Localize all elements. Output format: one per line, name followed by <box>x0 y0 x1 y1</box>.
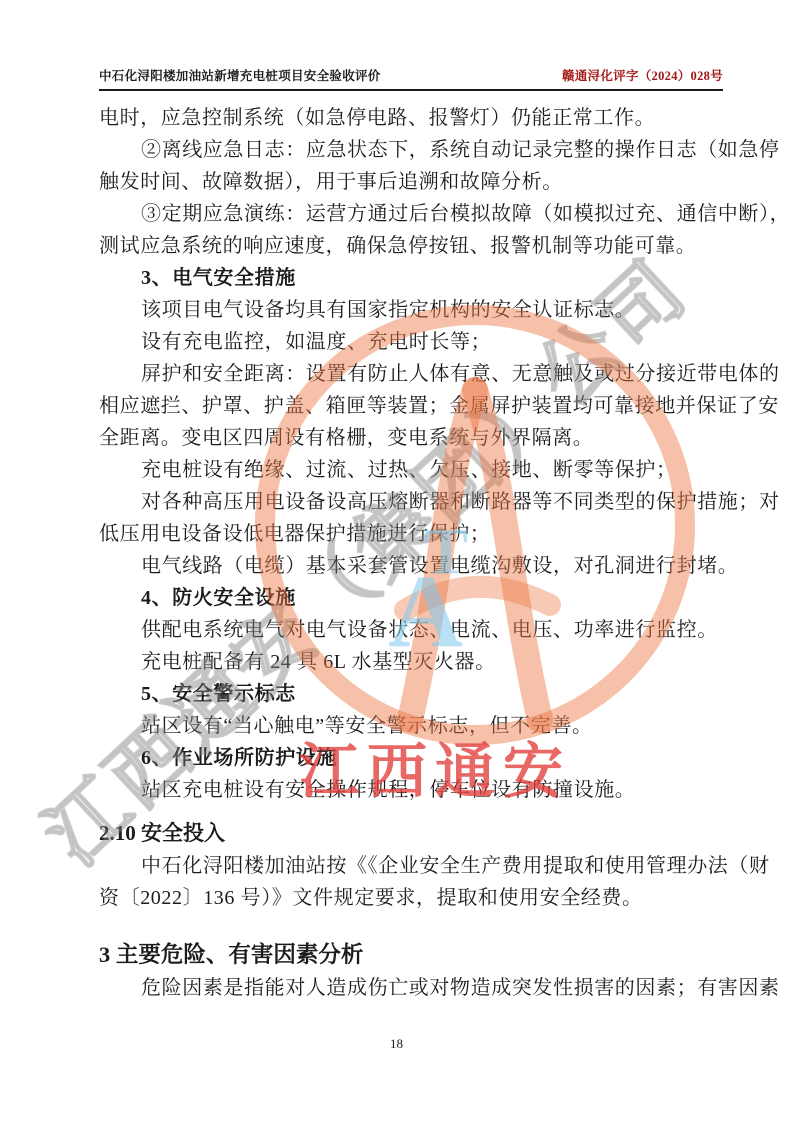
body-line: 中石化浔阳楼加油站按《《企业安全生产费用提取和使用管理办法（财 <box>99 850 723 882</box>
body-line: 站区充电桩设有安全操作规程，停车位设有防撞设施。 <box>99 774 723 806</box>
body-line: 充电桩设有绝缘、过流、过热、欠压、接地、断零等保护； <box>99 454 723 486</box>
header-left-title: 中石化浔阳楼加油站新增充电桩项目安全验收评价 <box>99 66 381 84</box>
page-content: 中石化浔阳楼加油站新增充电桩项目安全验收评价 赣通浔化评字（2024）028号 … <box>99 66 723 1004</box>
body-line: 危险因素是指能对人造成伤亡或对物造成突发性损害的因素；有害因素 <box>99 972 723 1004</box>
body-line: 低压用电设备设低电器保护措施进行保护； <box>99 518 723 550</box>
body-line: 对各种高压用电设备设高压熔断器和断路器等不同类型的保护措施；对 <box>99 486 723 518</box>
body-line: 资〔2022〕136 号）》文件规定要求，提取和使用安全经费。 <box>99 882 723 914</box>
body-line: 设有充电监控，如温度、充电时长等； <box>99 326 723 358</box>
body-line: 充电桩配备有 24 具 6L 水基型灭火器。 <box>99 646 723 678</box>
subsection-heading: 3、电气安全措施 <box>99 262 723 294</box>
subsection-heading: 4、防火安全设施 <box>99 582 723 614</box>
body-line: 相应遮拦、护罩、护盖、箱匣等装置；金属屏护装置均可靠接地并保证了安 <box>99 390 723 422</box>
body-line: 全距离。变电区四周设有格栅，变电系统与外界隔离。 <box>99 422 723 454</box>
body-text: 电时，应急控制系统（如急停电路、报警灯）仍能正常工作。 ②离线应急日志：应急状态… <box>99 102 723 1004</box>
body-line: ②离线应急日志：应急状态下，系统自动记录完整的操作日志（如急停 <box>99 134 723 166</box>
header-doc-number: 赣通浔化评字（2024）028号 <box>562 66 723 84</box>
subsection-heading: 6、作业场所防护设施 <box>99 742 723 774</box>
body-line: 触发时间、故障数据），用于事后追溯和故障分析。 <box>99 166 723 198</box>
body-line: ③定期应急演练：运营方通过后台模拟故障（如模拟过充、通信中断）， <box>99 198 723 230</box>
body-line: 屏护和安全距离：设置有防止人体有意、无意触及或过分接近带电体的 <box>99 358 723 390</box>
subsection-heading: 5、安全警示标志 <box>99 678 723 710</box>
page-header: 中石化浔阳楼加油站新增充电桩项目安全验收评价 赣通浔化评字（2024）028号 <box>99 66 723 91</box>
section-3-heading: 3 主要危险、有害因素分析 <box>99 938 723 972</box>
body-line: 电气线路（电缆）基本采套管设置电缆沟敷设，对孔洞进行封堵。 <box>99 550 723 582</box>
body-line: 供配电系统电气对电气设备状态、电流、电压、功率进行监控。 <box>99 614 723 646</box>
body-line: 测试应急系统的响应速度，确保急停按钮、报警机制等功能可靠。 <box>99 230 723 262</box>
document-page: 江西通安（集团）公司 T A 江西通安 中石化浔阳楼加油站新增充电桩项目安全验收… <box>0 0 793 1122</box>
section-2-10-heading: 2.10 安全投入 <box>99 816 723 850</box>
body-line: 电时，应急控制系统（如急停电路、报警灯）仍能正常工作。 <box>99 102 723 134</box>
body-line: 该项目电气设备均具有国家指定机构的安全认证标志。 <box>99 294 723 326</box>
body-line: 站区设有“当心触电”等安全警示标志，但不完善。 <box>99 710 723 742</box>
page-number: 18 <box>0 1036 793 1052</box>
